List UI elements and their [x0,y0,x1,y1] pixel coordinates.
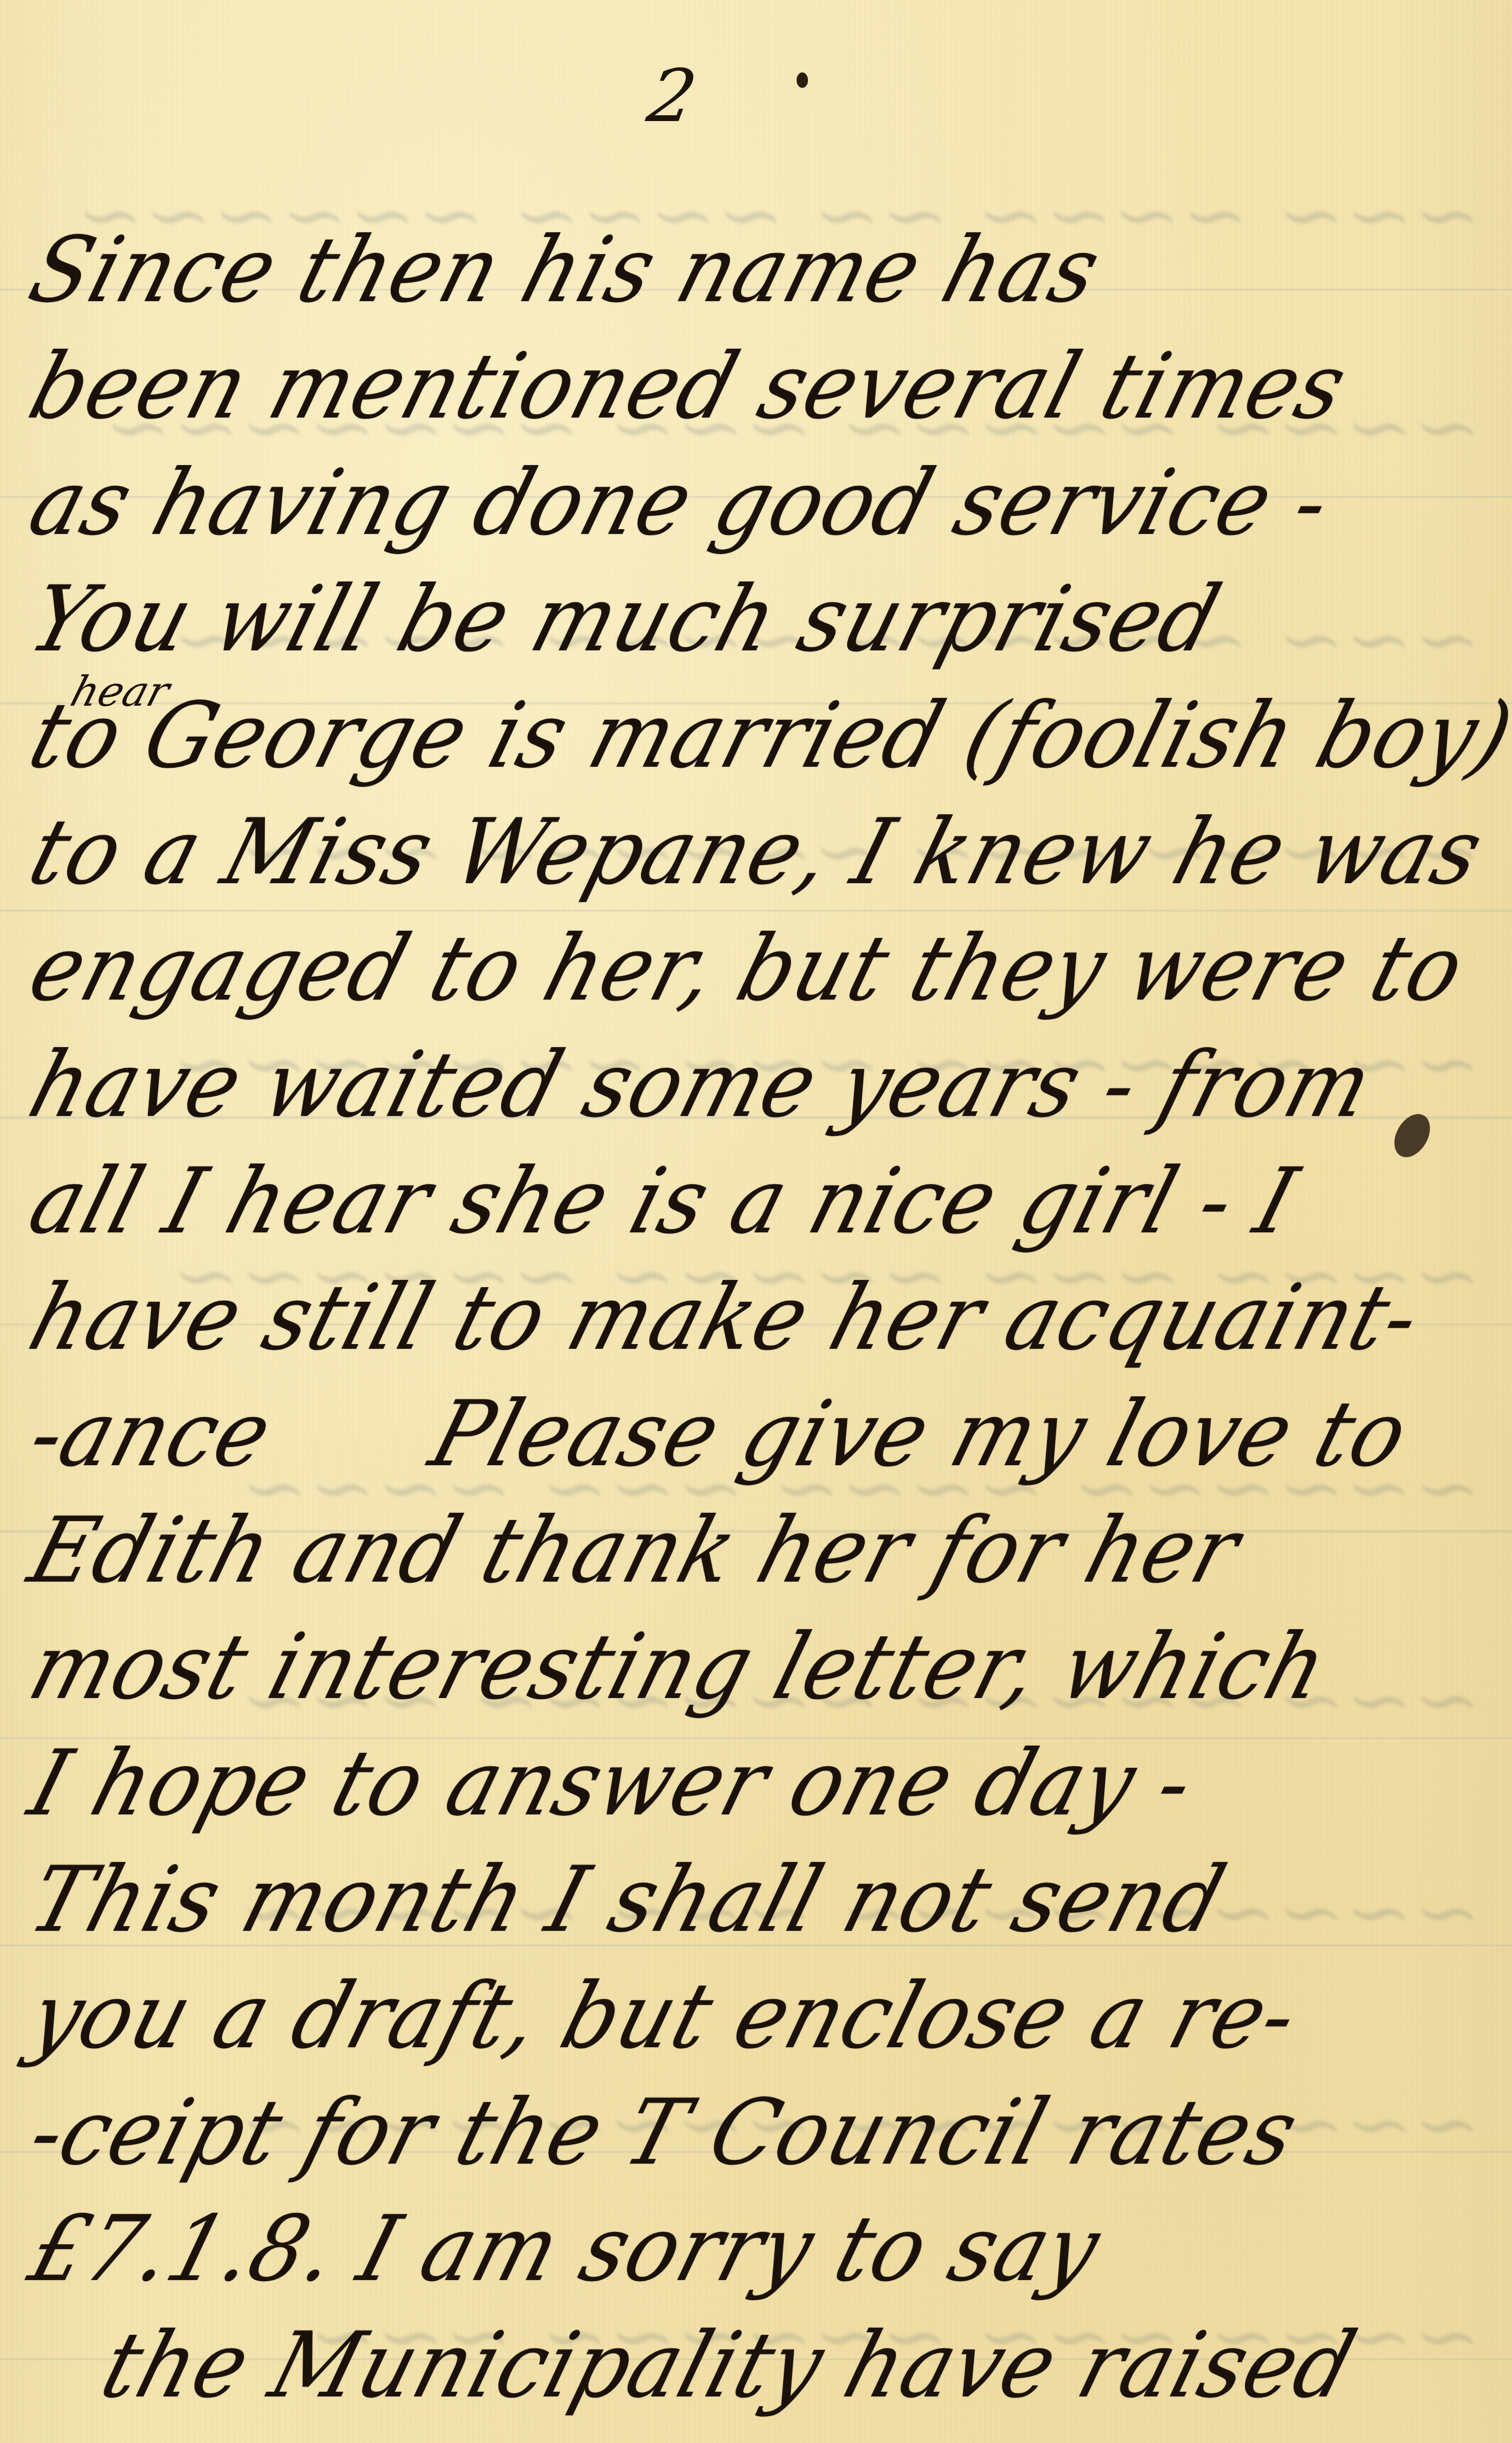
letter-line: -ceipt for the T Council rates [21,2062,1430,2178]
letter-line: to George is married (foolish boy) [21,665,1430,781]
letter-line: you a draft, but enclose a re- [21,1945,1430,2062]
letter-line: Since then his name has [21,212,1426,316]
letter-line: have still to make her acquaint- [21,1247,1430,1363]
ink-spot [797,72,808,88]
letter-line: the Municipality have raised [21,2295,1430,2411]
letter-line: £7.1.8. I am sorry to say [21,2178,1430,2295]
letter-page: ~~~ ~~~~ ~~ ~~~~ ~~~~~~ ~~~~ ~~~~~ ~~~ ~… [0,0,1512,2443]
letter-line: I hope to answer one day - [21,1712,1430,1829]
letter-line: been mentioned several times [21,316,1430,432]
letter-line: as having done good service - [21,432,1430,548]
letter-line: Edith and thank her for her [21,1480,1430,1596]
letter-body: Since then his name has been mentioned s… [21,212,1500,2411]
letter-line: engaged to her, but they were to [21,898,1430,1014]
letter-line: most interesting letter, which [21,1596,1430,1712]
letter-line: -ance Please give my love to [21,1363,1430,1480]
letter-line: all I hear she is a nice girl - I [21,1130,1430,1247]
letter-line: to a Miss Wepane, I knew he was [21,781,1430,898]
page-number: 2 [642,54,703,139]
letter-line: This month I shall not send [21,1829,1430,1945]
letter-line: have waited some years - from [21,1014,1430,1130]
letter-line: You will be much surprised [21,548,1430,665]
